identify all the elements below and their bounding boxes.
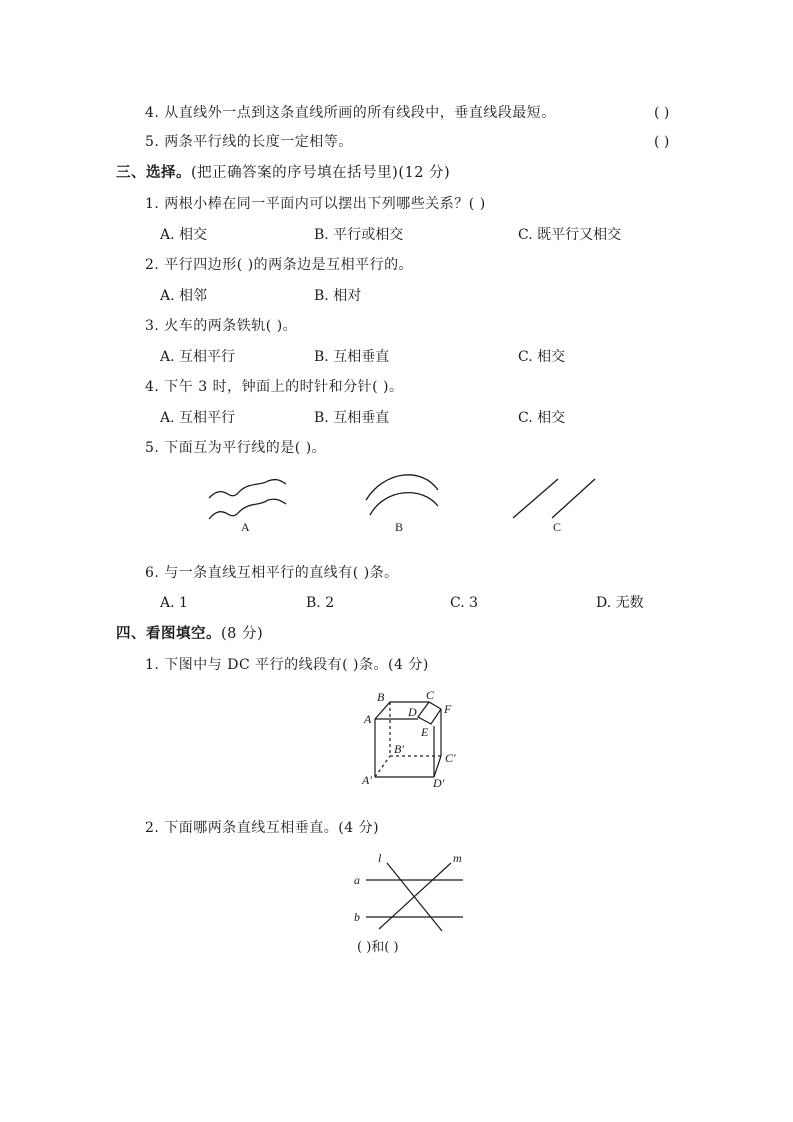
line-m (379, 863, 451, 929)
q3-option-a[interactable]: A. 互相平行 (160, 348, 235, 366)
line-label-m: m (453, 851, 462, 865)
straight-line-c1 (513, 479, 558, 518)
q6-option-b[interactable]: B. 2 (306, 594, 334, 612)
vertex-label-c: C (426, 688, 435, 702)
arc-b1 (366, 475, 438, 500)
line-label-l: l (378, 851, 382, 865)
section-4-title: 四、看图填空。 (116, 626, 221, 642)
section-4-heading: 四、看图填空。(8 分) (116, 625, 263, 643)
vertex-label-c-prime: C′ (445, 751, 456, 765)
vertex-label-a-prime: A′ (361, 773, 372, 787)
choice-question-5: 5. 下面互为平行线的是( )。 (145, 439, 326, 457)
q6-option-a[interactable]: A. 1 (160, 594, 188, 612)
cube-figure: B C A D F E B′ C′ A′ D′ (340, 680, 490, 790)
line-label-b: b (354, 910, 360, 924)
q3-option-c[interactable]: C. 相交 (518, 348, 565, 366)
section-3-subtitle: (把正确答案的序号填在括号里)(12 分) (191, 165, 450, 181)
straight-line-c2 (552, 479, 595, 518)
q3-option-b[interactable]: B. 互相垂直 (314, 348, 389, 366)
wavy-line-a1 (209, 480, 286, 498)
q1-option-a[interactable]: A. 相交 (160, 226, 207, 244)
figure-label-b: B (395, 520, 403, 534)
figure-label-c: C (553, 520, 561, 534)
q1-option-b[interactable]: B. 平行或相交 (314, 226, 403, 244)
q4-option-a[interactable]: A. 互相平行 (160, 409, 235, 427)
fill-question-1: 1. 下图中与 DC 平行的线段有( )条。(4 分) (145, 656, 429, 674)
wavy-line-a2 (209, 499, 286, 519)
vertex-label-b: B (377, 690, 385, 704)
section-4-subtitle: (8 分) (221, 626, 263, 642)
choice-question-2: 2. 平行四边形( )的两条边是互相平行的。 (145, 256, 413, 274)
vertex-label-d-prime: D′ (432, 776, 445, 790)
arc-b2 (370, 493, 438, 515)
q1-option-c[interactable]: C. 既平行又相交 (518, 226, 621, 244)
q2-option-a[interactable]: A. 相邻 (160, 287, 207, 305)
figure-label-a: A (241, 520, 250, 534)
section-3-title: 三、选择。 (116, 165, 191, 181)
q4-option-b[interactable]: B. 互相垂直 (314, 409, 389, 427)
q6-option-d[interactable]: D. 无数 (596, 594, 644, 612)
answer-blank-5[interactable]: ( ) (654, 133, 669, 151)
vertex-label-e: E (420, 725, 429, 739)
intersecting-lines-figure: l m a b (330, 845, 480, 960)
perpendicular-answer-blanks[interactable]: ( )和( ) (357, 939, 399, 957)
vertex-label-b-prime: B′ (394, 742, 404, 756)
q2-option-b[interactable]: B. 相对 (314, 287, 361, 305)
choice-question-1: 1. 两根小棒在同一平面内可以摆出下列哪些关系？( ) (145, 195, 486, 213)
choice-question-6: 6. 与一条直线互相平行的直线有( )条。 (145, 564, 399, 582)
vertex-label-a: A (363, 712, 372, 726)
choice-question-4: 4. 下午 3 时，钟面上的时针和分针( )。 (145, 378, 404, 396)
line-label-a: a (354, 873, 360, 887)
judgement-item-5: 5. 两条平行线的长度一定相等。 (145, 133, 353, 151)
answer-blank-4[interactable]: ( ) (654, 104, 669, 122)
section-3-heading: 三、选择。(把正确答案的序号填在括号里)(12 分) (116, 164, 450, 182)
choice-question-3: 3. 火车的两条铁轨( )。 (145, 317, 297, 335)
vertex-label-f: F (443, 702, 452, 716)
q6-option-c[interactable]: C. 3 (450, 594, 478, 612)
judgement-item-4: 4. 从直线外一点到这条直线所画的所有线段中，垂直线段最短。 (145, 104, 556, 122)
parallel-lines-figure: A B C (180, 462, 640, 542)
fill-question-2: 2. 下面哪两条直线互相垂直。(4 分) (145, 819, 379, 837)
vertex-label-d: D (407, 705, 417, 719)
q4-option-c[interactable]: C. 相交 (518, 409, 565, 427)
